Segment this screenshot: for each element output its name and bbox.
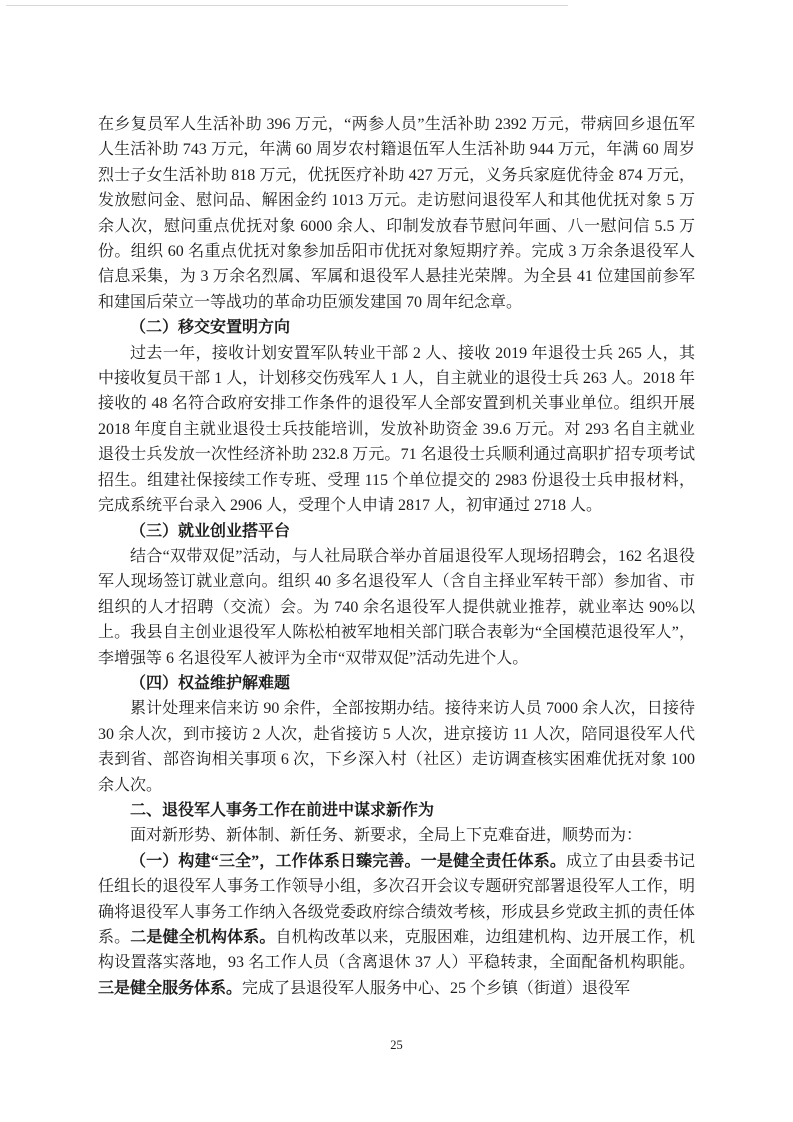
document-page: 在乡复员军人生活补助 396 万元，“两参人员”生活补助 2392 万元，带病回… (0, 0, 793, 1122)
bold-run-three-complete-heading: （一）构建“三全”，工作体系日臻完善。一是健全责任体系。 (130, 853, 566, 870)
paragraph-employment-platform: 结合“双带双促”活动，与人社局联合举办首届退役军人现场招聘会，162 名退役军人… (98, 544, 695, 671)
document-body: 在乡复员军人生活补助 396 万元，“两参人员”生活补助 2392 万元，带病回… (98, 112, 695, 1001)
chapter-heading-veteran-affairs-progress: 二、退役军人事务工作在前进中谋求新作为 (98, 798, 695, 823)
text-run-service-detail: 完成了县退役军人服务中心、25 个乡镇（街道）退役军 (242, 980, 630, 997)
section-heading-employment-platform: （三）就业创业搭平台 (98, 519, 695, 544)
scan-artifact-line (6, 5, 568, 6)
paragraph-three-systems: （一）构建“三全”，工作体系日臻完善。一是健全责任体系。成立了由县委书记任组长的… (98, 849, 695, 1001)
paragraph-rights-protection: 累计处理来信来访 90 余件，全部按期办结。接待来访人员 7000 余人次，日接… (98, 696, 695, 798)
section-heading-rights-protection: （四）权益维护解难题 (98, 671, 695, 696)
section-heading-transfer-placement: （二）移交安置明方向 (98, 315, 695, 340)
page-number: 25 (0, 1038, 793, 1053)
paragraph-subsidies-continuation: 在乡复员军人生活补助 396 万元，“两参人员”生活补助 2392 万元，带病回… (98, 112, 695, 315)
bold-run-institution-system: 二是健全机构体系。 (130, 929, 275, 946)
paragraph-transfer-placement: 过去一年，接收计划安置军队转业干部 2 人、接收 2019 年退役士兵 265 … (98, 341, 695, 519)
paragraph-new-situation-intro: 面对新形势、新体制、新任务、新要求，全局上下克难奋进，顺势而为： (98, 823, 695, 848)
bold-run-service-system: 三是健全服务体系。 (98, 980, 242, 997)
